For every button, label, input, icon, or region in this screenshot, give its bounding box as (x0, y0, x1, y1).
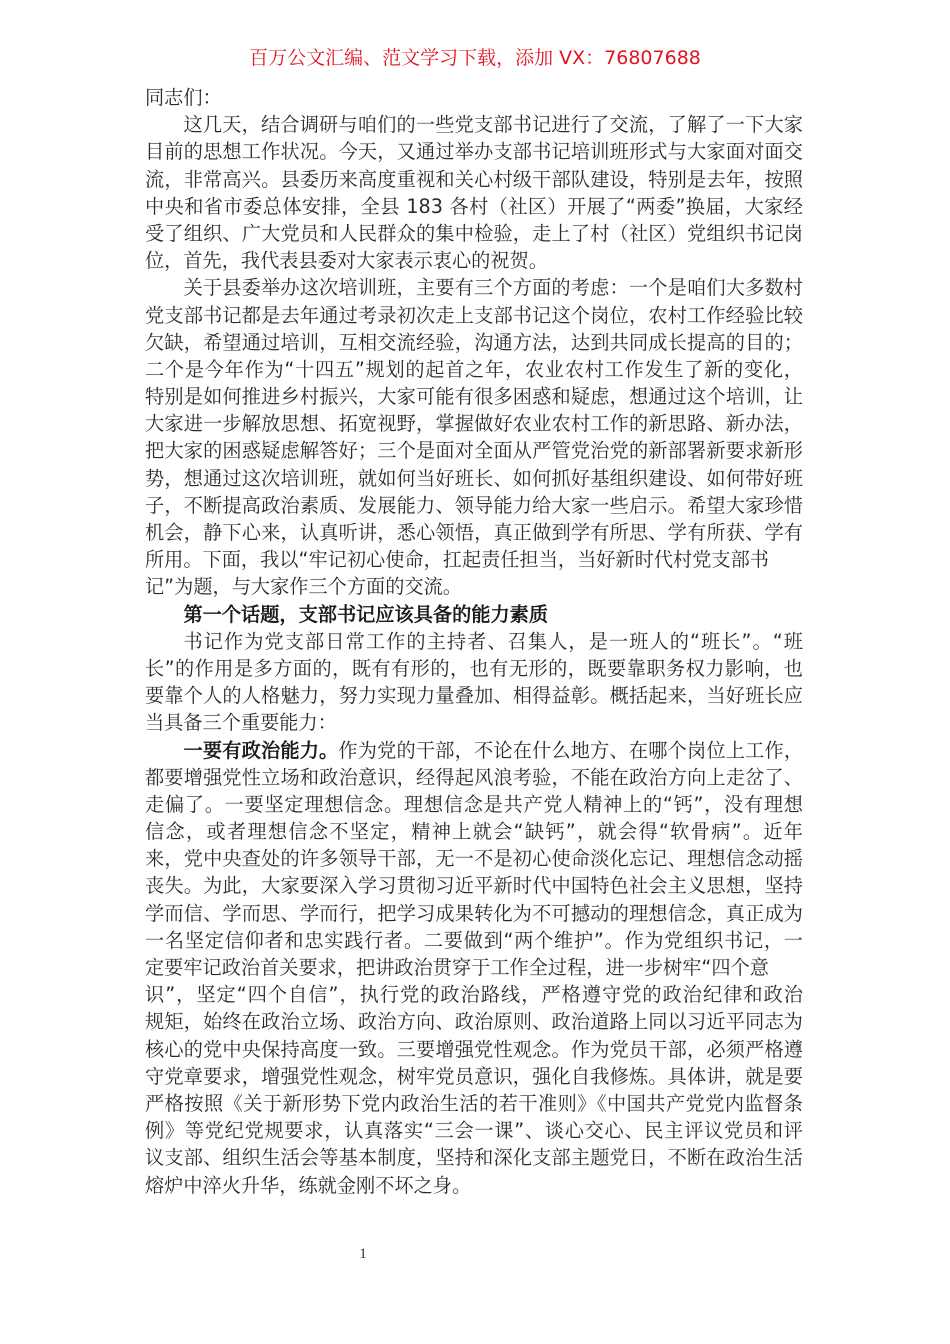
text-line: 要靠个人的人格魅力，努力实现力量叠加、相得益彰。概括起来，当好班长应 (145, 682, 803, 709)
text-line: 位，首先，我代表县委对大家表示衷心的祝贺。 (145, 247, 803, 274)
text-line: 关于县委举办这次培训班，主要有三个方面的考虑：一个是咱们大多数村 (145, 274, 803, 301)
text-line: 定要牢记政治首关要求，把讲政治贯穿于工作全过程，进一步树牢“四个意 (145, 954, 803, 981)
text-line: 把大家的困惑疑虑解答好；三个是面对全面从严管党治党的新部署新要求新形 (145, 437, 803, 464)
text-line: 目前的思想工作状况。今天，又通过举办支部书记培训班形式与大家面对面交 (145, 138, 803, 165)
text-line: 这几天，结合调研与咱们的一些党支部书记进行了交流，了解了一下大家 (145, 111, 803, 138)
text-line: 规矩，始终在政治立场、政治方向、政治原则、政治道路上同以习近平同志为 (145, 1008, 803, 1035)
text-line: 例》等党纪党规要求，认真落实“三会一课”、谈心交心、民主评议党员和评 (145, 1117, 803, 1144)
text-line: 机会，静下心来，认真听讲，悉心领悟，真正做到学有所思、学有所获、学有 (145, 519, 803, 546)
paragraph-intro: 这几天，结合调研与咱们的一些党支部书记进行了交流，了解了一下大家 目前的思想工作… (145, 111, 803, 274)
text-line: 势，想通过这次培训班，就如何当好班长、如何抓好基组织建设、如何带好班 (145, 465, 803, 492)
text-line: 守党章要求，增强党性观念，树牢党员意识，强化自我修炼。具体讲，就是要 (145, 1063, 803, 1090)
text-line: 党支部书记都是去年通过考录初次走上支部书记这个岗位，农村工作经验比较 (145, 302, 803, 329)
text-line: 书记作为党支部日常工作的主持者、召集人，是一班人的“班长”。“班 (145, 628, 803, 655)
text-line: 信念，或者理想信念不坚定，精神上就会“缺钙”，就会得“软骨病”。近年 (145, 818, 803, 845)
text-line: 特别是如何推进乡村振兴，大家可能有很多困惑和疑虑，想通过这个培训，让 (145, 383, 803, 410)
paragraph-squad-leader: 书记作为党支部日常工作的主持者、召集人，是一班人的“班长”。“班 长”的作用是多… (145, 628, 803, 737)
text-line: 学而信、学而思、学而行，把学习成果转化为不可撼动的理想信念，真正成为 (145, 900, 803, 927)
promo-banner: 百万公文汇编、范文学习下载，添加 VX：76807688 (0, 44, 950, 72)
text-line: 议支部、组织生活会等基本制度，坚持和深化支部主题党日，不断在政治生活 (145, 1144, 803, 1171)
text-line: 所用。下面，我以“牢记初心使命，扛起责任担当，当好新时代村党支部书 (145, 546, 803, 573)
text-line: 中央和省市委总体安排，全县 183 各村（社区）开展了“两委”换届，大家经 (145, 193, 803, 220)
document-body: 同志们： 这几天，结合调研与咱们的一些党支部书记进行了交流，了解了一下大家 目前… (145, 84, 803, 1199)
lead-bold-text: 一要有政治能力。 (184, 739, 339, 762)
text-line: 熔炉中淬火升华，练就金刚不坏之身。 (145, 1172, 803, 1199)
text-line: 来，党中央查处的许多领导干部，无一不是初心使命淡化忘记、理想信念动摇 (145, 845, 803, 872)
paragraph-considerations: 关于县委举办这次培训班，主要有三个方面的考虑：一个是咱们大多数村 党支部书记都是… (145, 274, 803, 600)
text-line: 核心的党中央保持高度一致。三要增强党性观念。作为党员干部，必须严格遵 (145, 1036, 803, 1063)
text-line: 受了组织、广大党员和人民群众的集中检验，走上了村（社区）党组织书记岗 (145, 220, 803, 247)
salutation: 同志们： (145, 84, 803, 111)
section-heading: 第一个话题，支部书记应该具备的能力素质 (145, 601, 803, 628)
text-line: 识”，坚定“四个自信”，执行党的政治路线，严格遵守党的政治纪律和政治 (145, 981, 803, 1008)
text-line: 当具备三个重要能力： (145, 709, 803, 736)
text-span: 作为党的干部，不论在什么地方、在哪个岗位上工作， (338, 739, 803, 762)
document-page: 百万公文汇编、范文学习下载，添加 VX：76807688 同志们： 这几天，结合… (0, 0, 950, 1344)
text-line: 记”为题，与大家作三个方面的交流。 (145, 573, 803, 600)
text-line: 严格按照《关于新形势下党内政治生活的若干准则》《中国共产党党内监督条 (145, 1090, 803, 1117)
text-line: 一要有政治能力。作为党的干部，不论在什么地方、在哪个岗位上工作， (145, 737, 803, 764)
text-line: 大家进一步解放思想、拓宽视野，掌握做好农业农村工作的新思路、新办法， (145, 410, 803, 437)
text-line: 欠缺，希望通过培训，互相交流经验，沟通方法，达到共同成长提高的目的； (145, 329, 803, 356)
text-line: 都要增强党性立场和政治意识，经得起风浪考验，不能在政治方向上走岔了、 (145, 764, 803, 791)
text-line: 走偏了。一要坚定理想信念。理想信念是共产党人精神上的“钙”，没有理想 (145, 791, 803, 818)
text-line: 一名坚定信仰者和忠实践行者。二要做到“两个维护”。作为党组织书记，一 (145, 927, 803, 954)
page-number: 1 (356, 1246, 370, 1263)
text-line: 二个是今年作为“十四五”规划的起首之年，农业农村工作发生了新的变化， (145, 356, 803, 383)
paragraph-political-ability: 一要有政治能力。作为党的干部，不论在什么地方、在哪个岗位上工作， 都要增强党性立… (145, 737, 803, 1199)
text-line: 子，不断提高政治素质、发展能力、领导能力给大家一些启示。希望大家珍惜 (145, 492, 803, 519)
text-line: 流，非常高兴。县委历来高度重视和关心村级干部队建设，特别是去年，按照 (145, 166, 803, 193)
text-line: 丧失。为此，大家要深入学习贯彻习近平新时代中国特色社会主义思想，坚持 (145, 872, 803, 899)
text-line: 长”的作用是多方面的，既有有形的，也有无形的，既要靠职务权力影响，也 (145, 655, 803, 682)
